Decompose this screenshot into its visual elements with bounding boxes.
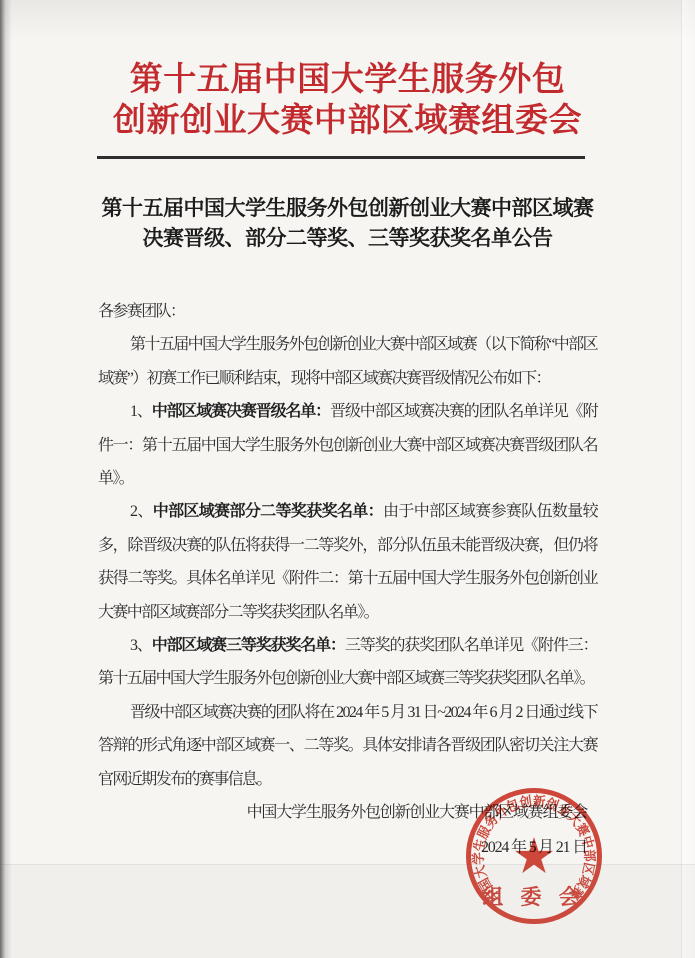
signature-date: 2024 年 5 月 21 日: [98, 830, 587, 866]
closing-paragraph: 晋级中部区域赛决赛的团队将在 2024 年 5 月 31 日~2024 年 6 …: [98, 696, 597, 796]
item3-number: 3、: [130, 637, 152, 654]
title-divider-rule: [97, 156, 585, 159]
seal-center-text: 组 委 会: [482, 885, 586, 909]
scan-right-edge-line: [681, 0, 695, 958]
org-title: 第十五届中国大学生服务外包 创新创业大赛中部区域赛组委会: [0, 0, 695, 142]
intro-paragraph: 第十五届中国大学生服务外包创新创业大赛中部区域赛（以下简称“中部区域赛”）初赛工…: [98, 328, 597, 395]
signature-organization: 中国大学生服务外包创新创业大赛中部区域赛组委会: [98, 796, 587, 830]
org-title-line2: 创新创业大赛中部区域赛组委会: [113, 103, 582, 139]
item2-lead: 中部区域赛部分二等奖获奖名单：: [153, 503, 383, 520]
document-body: 各参赛团队： 第十五届中国大学生服务外包创新创业大赛中部区域赛（以下简称“中部区…: [98, 295, 597, 796]
org-title-line1: 第十五届中国大学生服务外包: [130, 62, 566, 98]
item3-paragraph: 3、中部区域赛三等奖获奖名单：三等奖的获奖团队名单详见《附件三：第十五届中国大学…: [98, 629, 597, 696]
salutation: 各参赛团队：: [98, 295, 597, 328]
document-title-line2: 决赛晋级、部分二等奖、三等奖获奖名单公告: [143, 226, 553, 250]
scanned-notice-page: 第十五届中国大学生服务外包 创新创业大赛中部区域赛组委会 第十五届中国大学生服务…: [0, 0, 695, 958]
item2-paragraph: 2、中部区域赛部分二等奖获奖名单：由于中部区域赛参赛队伍数量较多，除晋级决赛的队…: [98, 495, 597, 629]
item2-text: 由于中部区域赛参赛队伍数量较多，除晋级决赛的队伍将获得一二等奖外，部分队伍虽未能…: [98, 503, 597, 620]
item1-lead: 中部区域赛决赛晋级名单：: [152, 403, 330, 420]
item1-paragraph: 1、中部区域赛决赛晋级名单：晋级中部区域赛决赛的团队名单详见《附件一：第十五届中…: [98, 395, 597, 495]
item2-number: 2、: [130, 503, 153, 520]
item3-lead: 中部区域赛三等奖获奖名单：: [152, 637, 345, 654]
document-title-line1: 第十五届中国大学生服务外包创新创业大赛中部区域赛: [102, 196, 594, 220]
signature-block: 中国大学生服务外包创新创业大赛中部区域赛组委会 2024 年 5 月 21 日: [98, 796, 597, 866]
scan-seam: [0, 864, 695, 958]
document-title: 第十五届中国大学生服务外包创新创业大赛中部区域赛 决赛晋级、部分二等奖、三等奖获…: [0, 193, 695, 253]
scan-left-edge-shadow: [0, 0, 12, 958]
item1-number: 1、: [130, 403, 152, 420]
